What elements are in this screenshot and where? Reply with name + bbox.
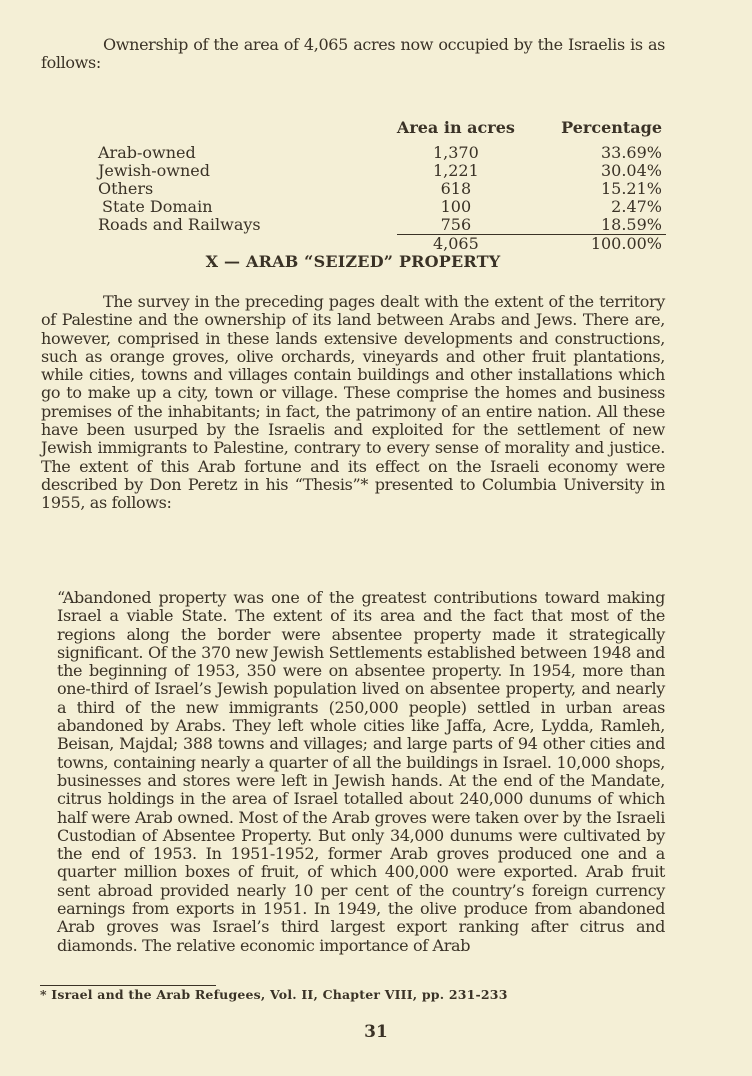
table-row: State Domain 100 2.47% [98,198,666,216]
table-header-row: Area in acres Percentage [98,118,666,144]
table-total-row: 4,065 100.00% [98,235,666,254]
footnote: * Israel and the Arab Refugees, Vol. II,… [40,987,508,1002]
footnote-divider [40,985,216,986]
ownership-table: Area in acres Percentage Arab-owned 1,37… [98,118,666,253]
table-row: Arab-owned 1,370 33.69% [98,144,666,162]
table-row: Others 618 15.21% [98,180,666,198]
column-header-label [98,118,397,144]
body-paragraph: The survey in the preceding pages dealt … [41,293,665,513]
row-label: Roads and Railways [98,216,397,235]
page-number: 31 [0,1022,752,1042]
column-header-area: Area in acres [397,118,515,144]
table-row: Roads and Railways 756 18.59% [98,216,666,235]
row-area: 618 [397,180,515,198]
row-label: Jewish-owned [98,162,397,180]
column-header-percentage: Percentage [515,118,666,144]
row-label: Others [98,180,397,198]
row-label: State Domain [98,198,397,216]
quote-paragraph: “Abandoned property was one of the great… [57,589,665,955]
row-area: 100 [397,198,515,216]
total-percentage: 100.00% [515,235,666,254]
row-percentage: 2.47% [515,198,666,216]
section-heading: X — ARAB “SEIZED” PROPERTY [41,252,665,271]
row-percentage: 30.04% [515,162,666,180]
total-area: 4,065 [397,235,515,254]
table-row: Jewish-owned 1,221 30.04% [98,162,666,180]
document-page: Ownership of the area of 4,065 acres now… [41,36,665,73]
row-area: 1,221 [397,162,515,180]
row-percentage: 15.21% [515,180,666,198]
row-area: 756 [397,216,515,235]
row-label: Arab-owned [98,144,397,162]
intro-paragraph: Ownership of the area of 4,065 acres now… [41,36,665,73]
row-area: 1,370 [397,144,515,162]
row-percentage: 18.59% [515,216,666,235]
row-percentage: 33.69% [515,144,666,162]
